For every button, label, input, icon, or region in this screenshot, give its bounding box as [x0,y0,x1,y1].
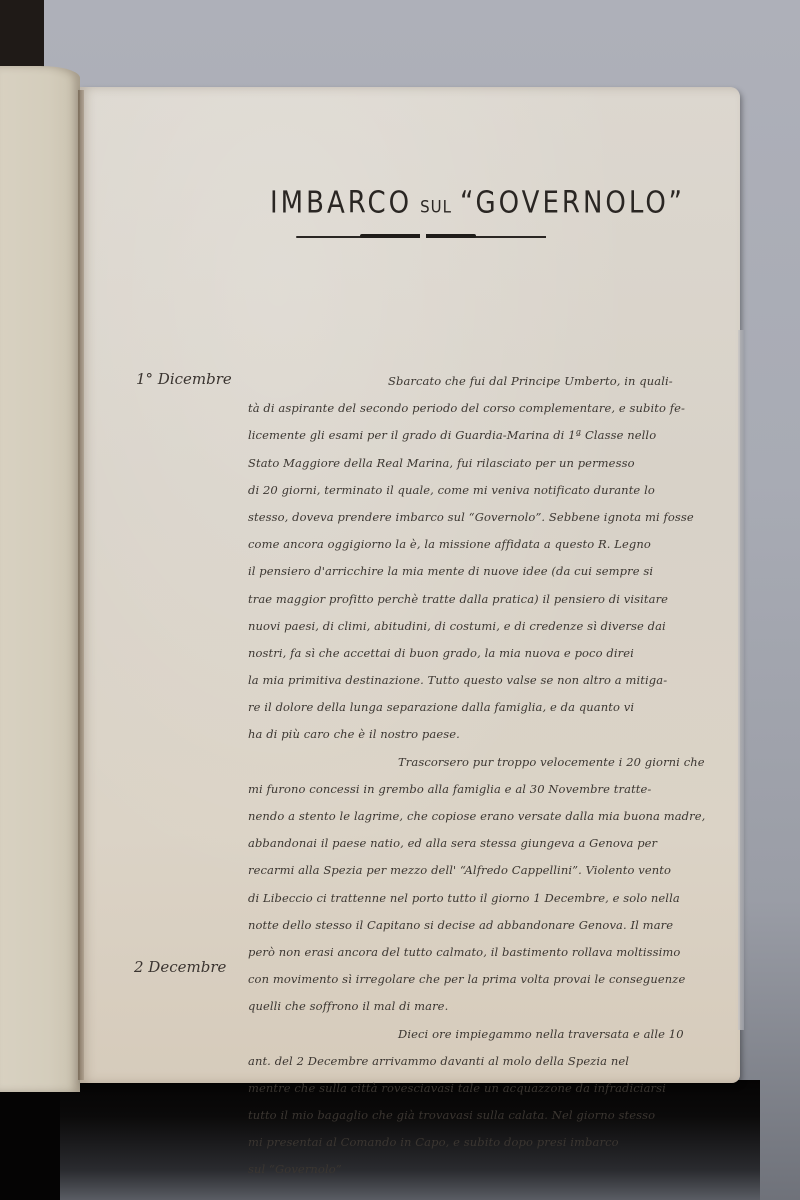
text-line: mentre che sulla città rovesciavasi tale… [248,1075,738,1102]
margin-date-1-dicembre: 1° Dicembre [136,370,232,388]
text-line: come ancora oggigiorno la è, la missione… [248,531,738,558]
text-line: quelli che soffrono il mal di mare. [248,993,738,1020]
text-line: stesso, doveva prendere imbarco sul “Gov… [248,504,738,531]
title-small: SUL [420,196,452,217]
text-line: trae maggior profitto perchè tratte dall… [248,586,738,613]
text-line: con movimento sì irregolare che per la p… [248,966,738,993]
margin-date-2-decembre: 2 Decembre [134,958,226,976]
book-gutter [78,90,84,1080]
page-title: IMBARCOSUL“GOVERNOLO” [270,186,630,221]
text-line: Sbarcato che fui dal Principe Umberto, i… [248,368,738,395]
text-line: mi furono concessi in grembo alla famigl… [248,776,738,803]
text-line: sul “Governolo” [248,1156,738,1183]
text-line: però non erasi ancora del tutto calmato,… [248,939,738,966]
text-line: tà di aspirante del secondo periodo del … [248,395,738,422]
text-line: la mia primitiva destinazione. Tutto que… [248,667,738,694]
text-line: ha di più caro che è il nostro paese. [248,721,738,748]
manuscript-body: Sbarcato che fui dal Principe Umberto, i… [248,368,738,1184]
text-line: recarmi alla Spezia per mezzo dell' “Alf… [248,857,738,884]
text-line: nuovi paesi, di climi, abitudini, di cos… [248,613,738,640]
text-line: il pensiero d'arricchire la mia mente di… [248,558,738,585]
left-page [0,66,80,1092]
text-line: mi presentai al Comando in Capo, e subit… [248,1129,738,1156]
text-line: di Libeccio ci trattenne nel porto tutto… [248,885,738,912]
book-cover-edge [0,1080,60,1200]
text-line: re il dolore della lunga separazione dal… [248,694,738,721]
text-line: Trascorsero pur troppo velocemente i 20 … [248,749,738,776]
title-main: IMBARCO [270,186,412,221]
text-line: abbandonai il paese natio, ed alla sera … [248,830,738,857]
text-line: Dieci ore impiegammo nella traversata e … [248,1021,738,1048]
text-line: ant. del 2 Decembre arrivammo davanti al… [248,1048,738,1075]
text-line: di 20 giorni, terminato il quale, come m… [248,477,738,504]
background-dark-object [0,0,44,75]
text-line: notte dello stesso il Capitano si decise… [248,912,738,939]
text-line: tutto il mio bagaglio che già trovavasi … [248,1102,738,1129]
text-line: licemente gli esami per il grado di Guar… [248,422,738,449]
text-line: Stato Maggiore della Real Marina, fui ri… [248,450,738,477]
page-edge [738,330,744,1030]
title-flourish-left [360,234,420,238]
title-ship: “GOVERNOLO” [460,186,685,221]
text-line: nostri, fa sì che accettai di buon grado… [248,640,738,667]
title-flourish-right [426,234,476,238]
text-line: nendo a stento le lagrime, che copiose e… [248,803,738,830]
